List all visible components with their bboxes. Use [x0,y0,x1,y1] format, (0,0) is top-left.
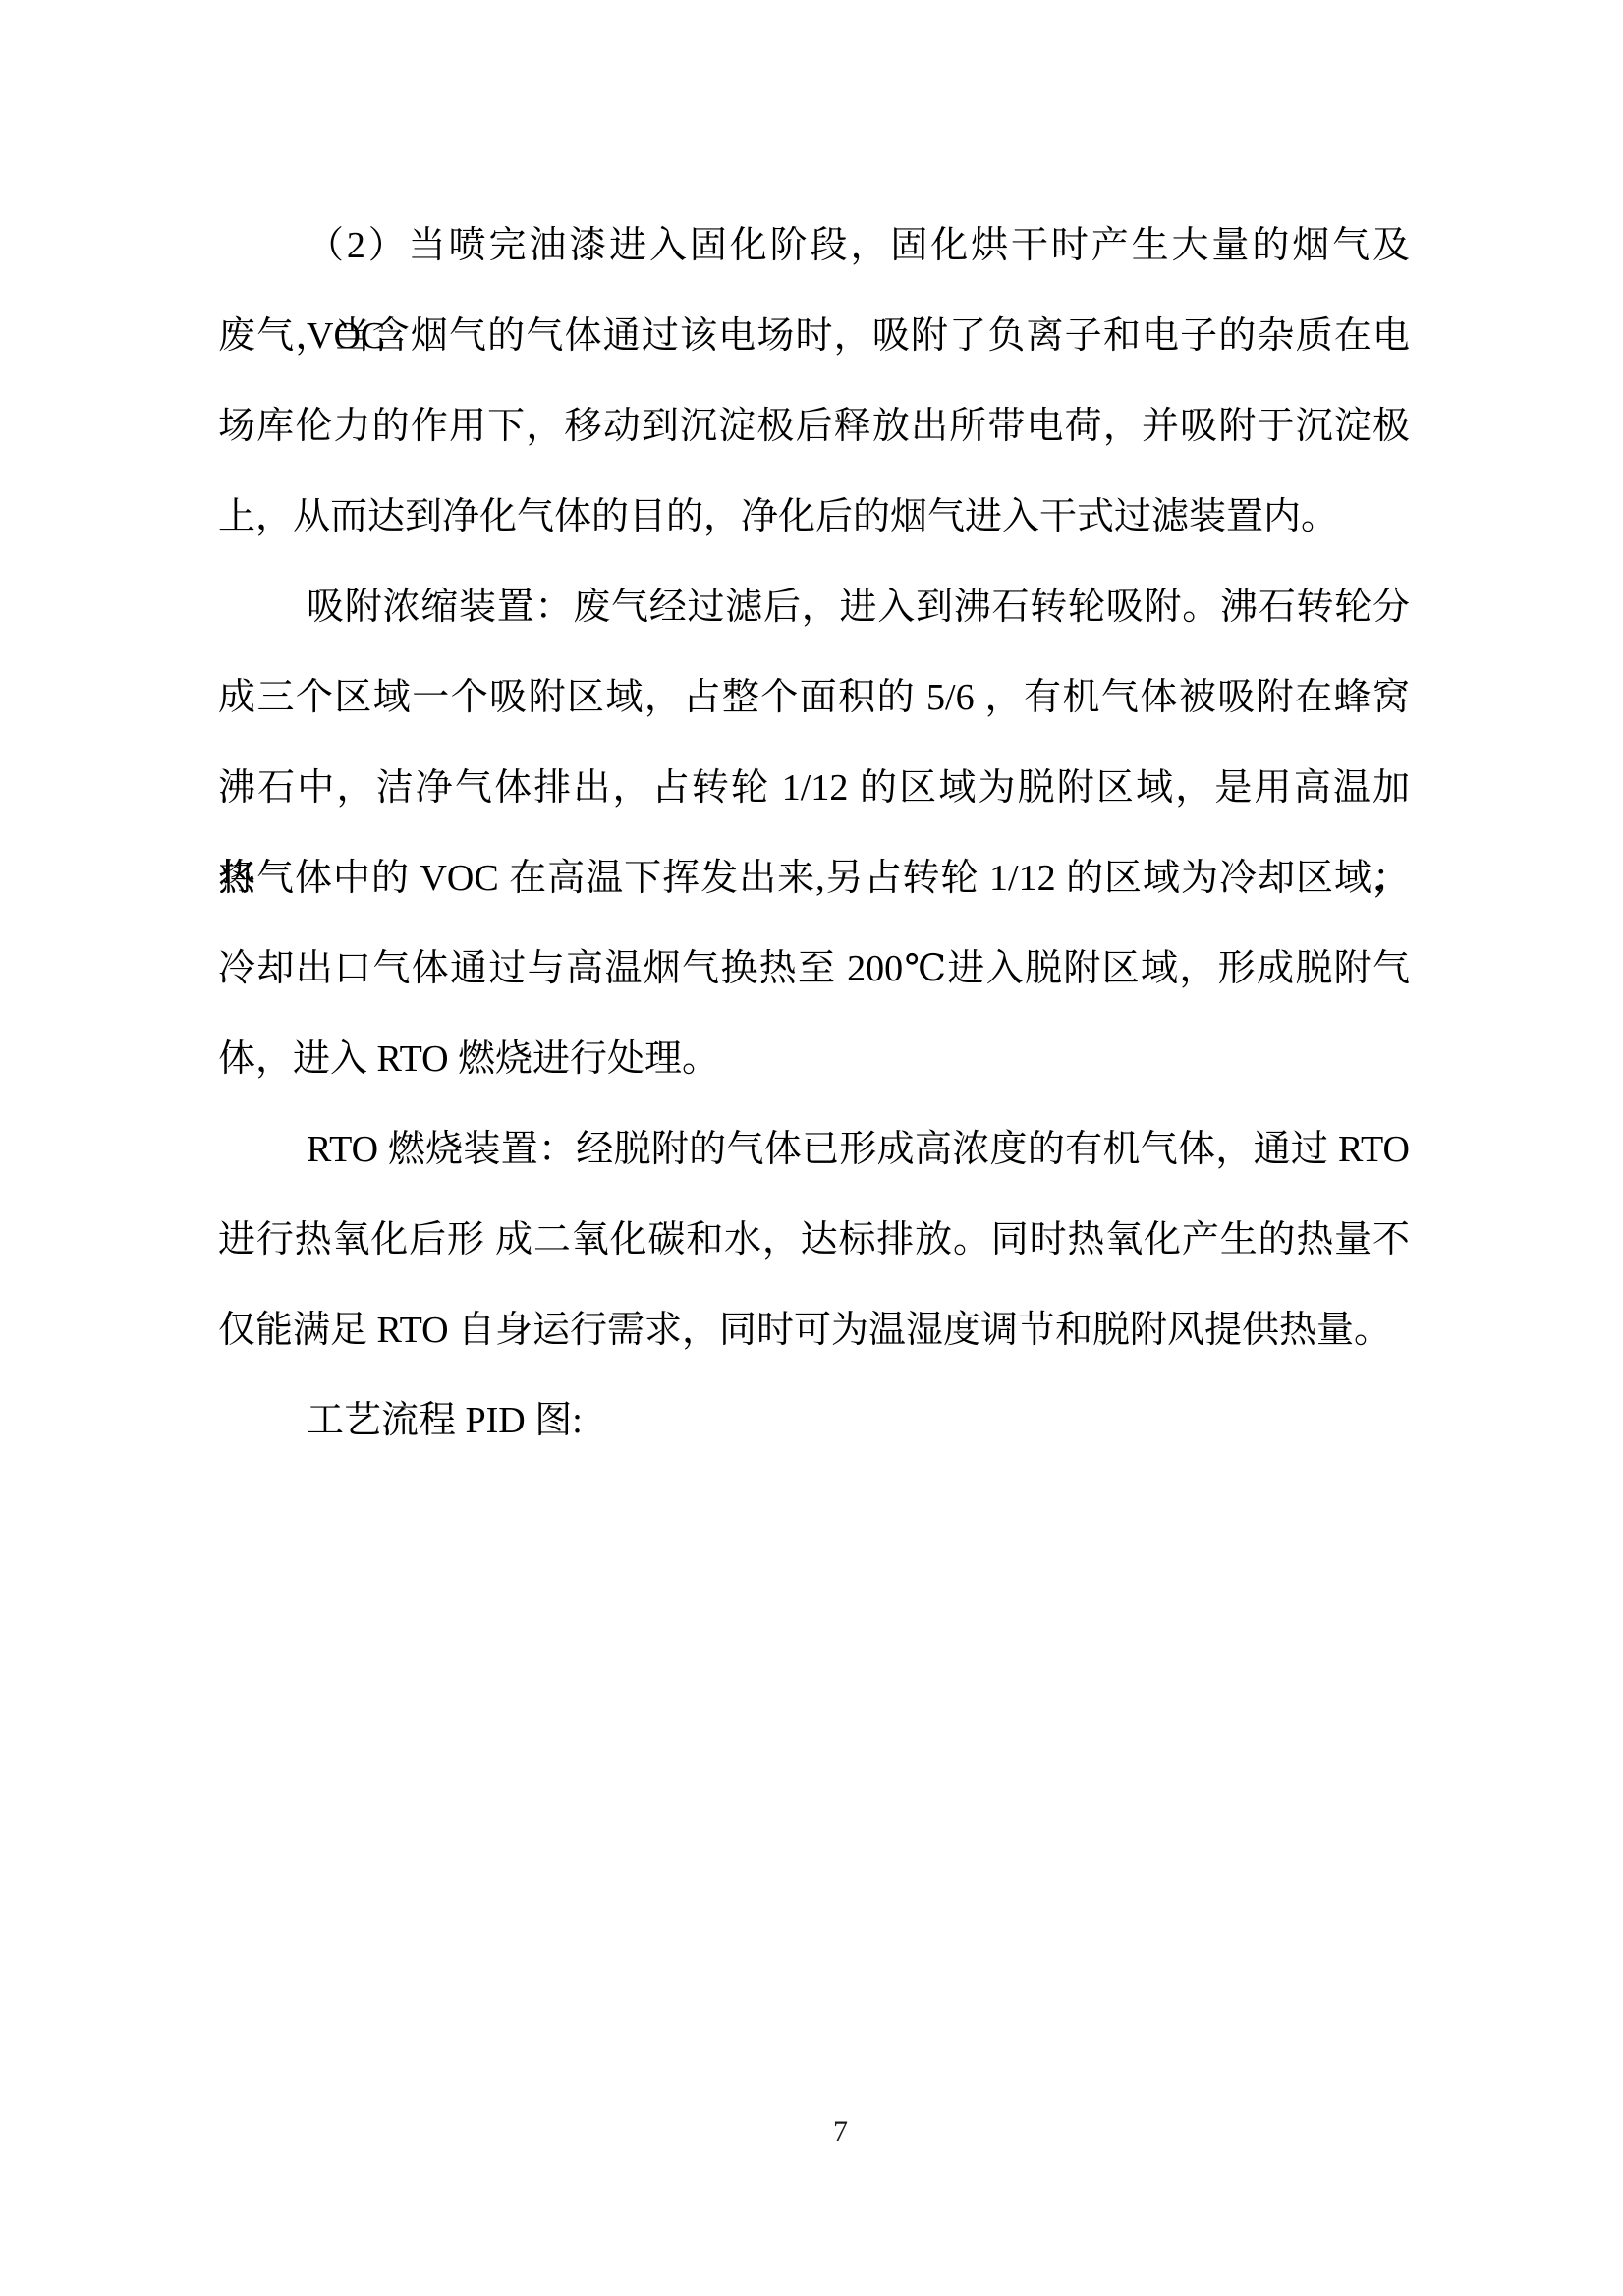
paragraph-line: 沸石中，洁净气体排出，占转轮 1/12 的区域为脱附区域，是用高温加热， [218,743,1410,833]
paragraph-line: 冷却出口气体通过与高温烟气换热至 200℃进入脱附区域，形成脱附气 [218,924,1410,1014]
page-number: 7 [833,2114,848,2150]
paragraph-line: （2）当喷完油漆进入固化阶段，固化烘干时产生大量的烟气及 VOC [218,200,1410,291]
paragraph-line: 体，进入 RTO 燃烧进行处理。 [218,1014,1410,1104]
paragraph-line: 上，从而达到净化气体的目的，净化后的烟气进入干式过滤装置内。 [218,472,1410,562]
paragraph-line: 吸附浓缩装置：废气经过滤后，进入到沸石转轮吸附。沸石转轮分 [218,562,1410,652]
paragraph-line: 场库伦力的作用下，移动到沉淀极后释放出所带电荷，并吸附于沉淀极 [218,381,1410,472]
paragraph-line: 成三个区域一个吸附区域，占整个面积的 5/6 ，有机气体被吸附在蜂窝 [218,652,1410,743]
paragraph-line: 进行热氧化后形 成二氧化碳和水，达标排放。同时热氧化产生的热量不 [218,1195,1410,1285]
paragraph-line: 将气体中的 VOC 在高温下挥发出来,另占转轮 1/12 的区域为冷却区域； [218,833,1410,924]
document-page: （2）当喷完油漆进入固化阶段，固化烘干时产生大量的烟气及 VOC 废气，当含烟气… [0,0,1623,2296]
paragraph-line: 仅能满足 RTO 自身运行需求，同时可为温湿度调节和脱附风提供热量。 [218,1285,1410,1375]
paragraph-line: 废气，当含烟气的气体通过该电场时，吸附了负离子和电子的杂质在电 [218,291,1410,381]
paragraph-line: RTO 燃烧装置：经脱附的气体已形成高浓度的有机气体，通过 RTO [218,1104,1410,1195]
paragraph-line: 工艺流程 PID 图: [218,1375,1410,1466]
document-text: （2）当喷完油漆进入固化阶段，固化烘干时产生大量的烟气及 VOC 废气，当含烟气… [218,200,1410,1466]
